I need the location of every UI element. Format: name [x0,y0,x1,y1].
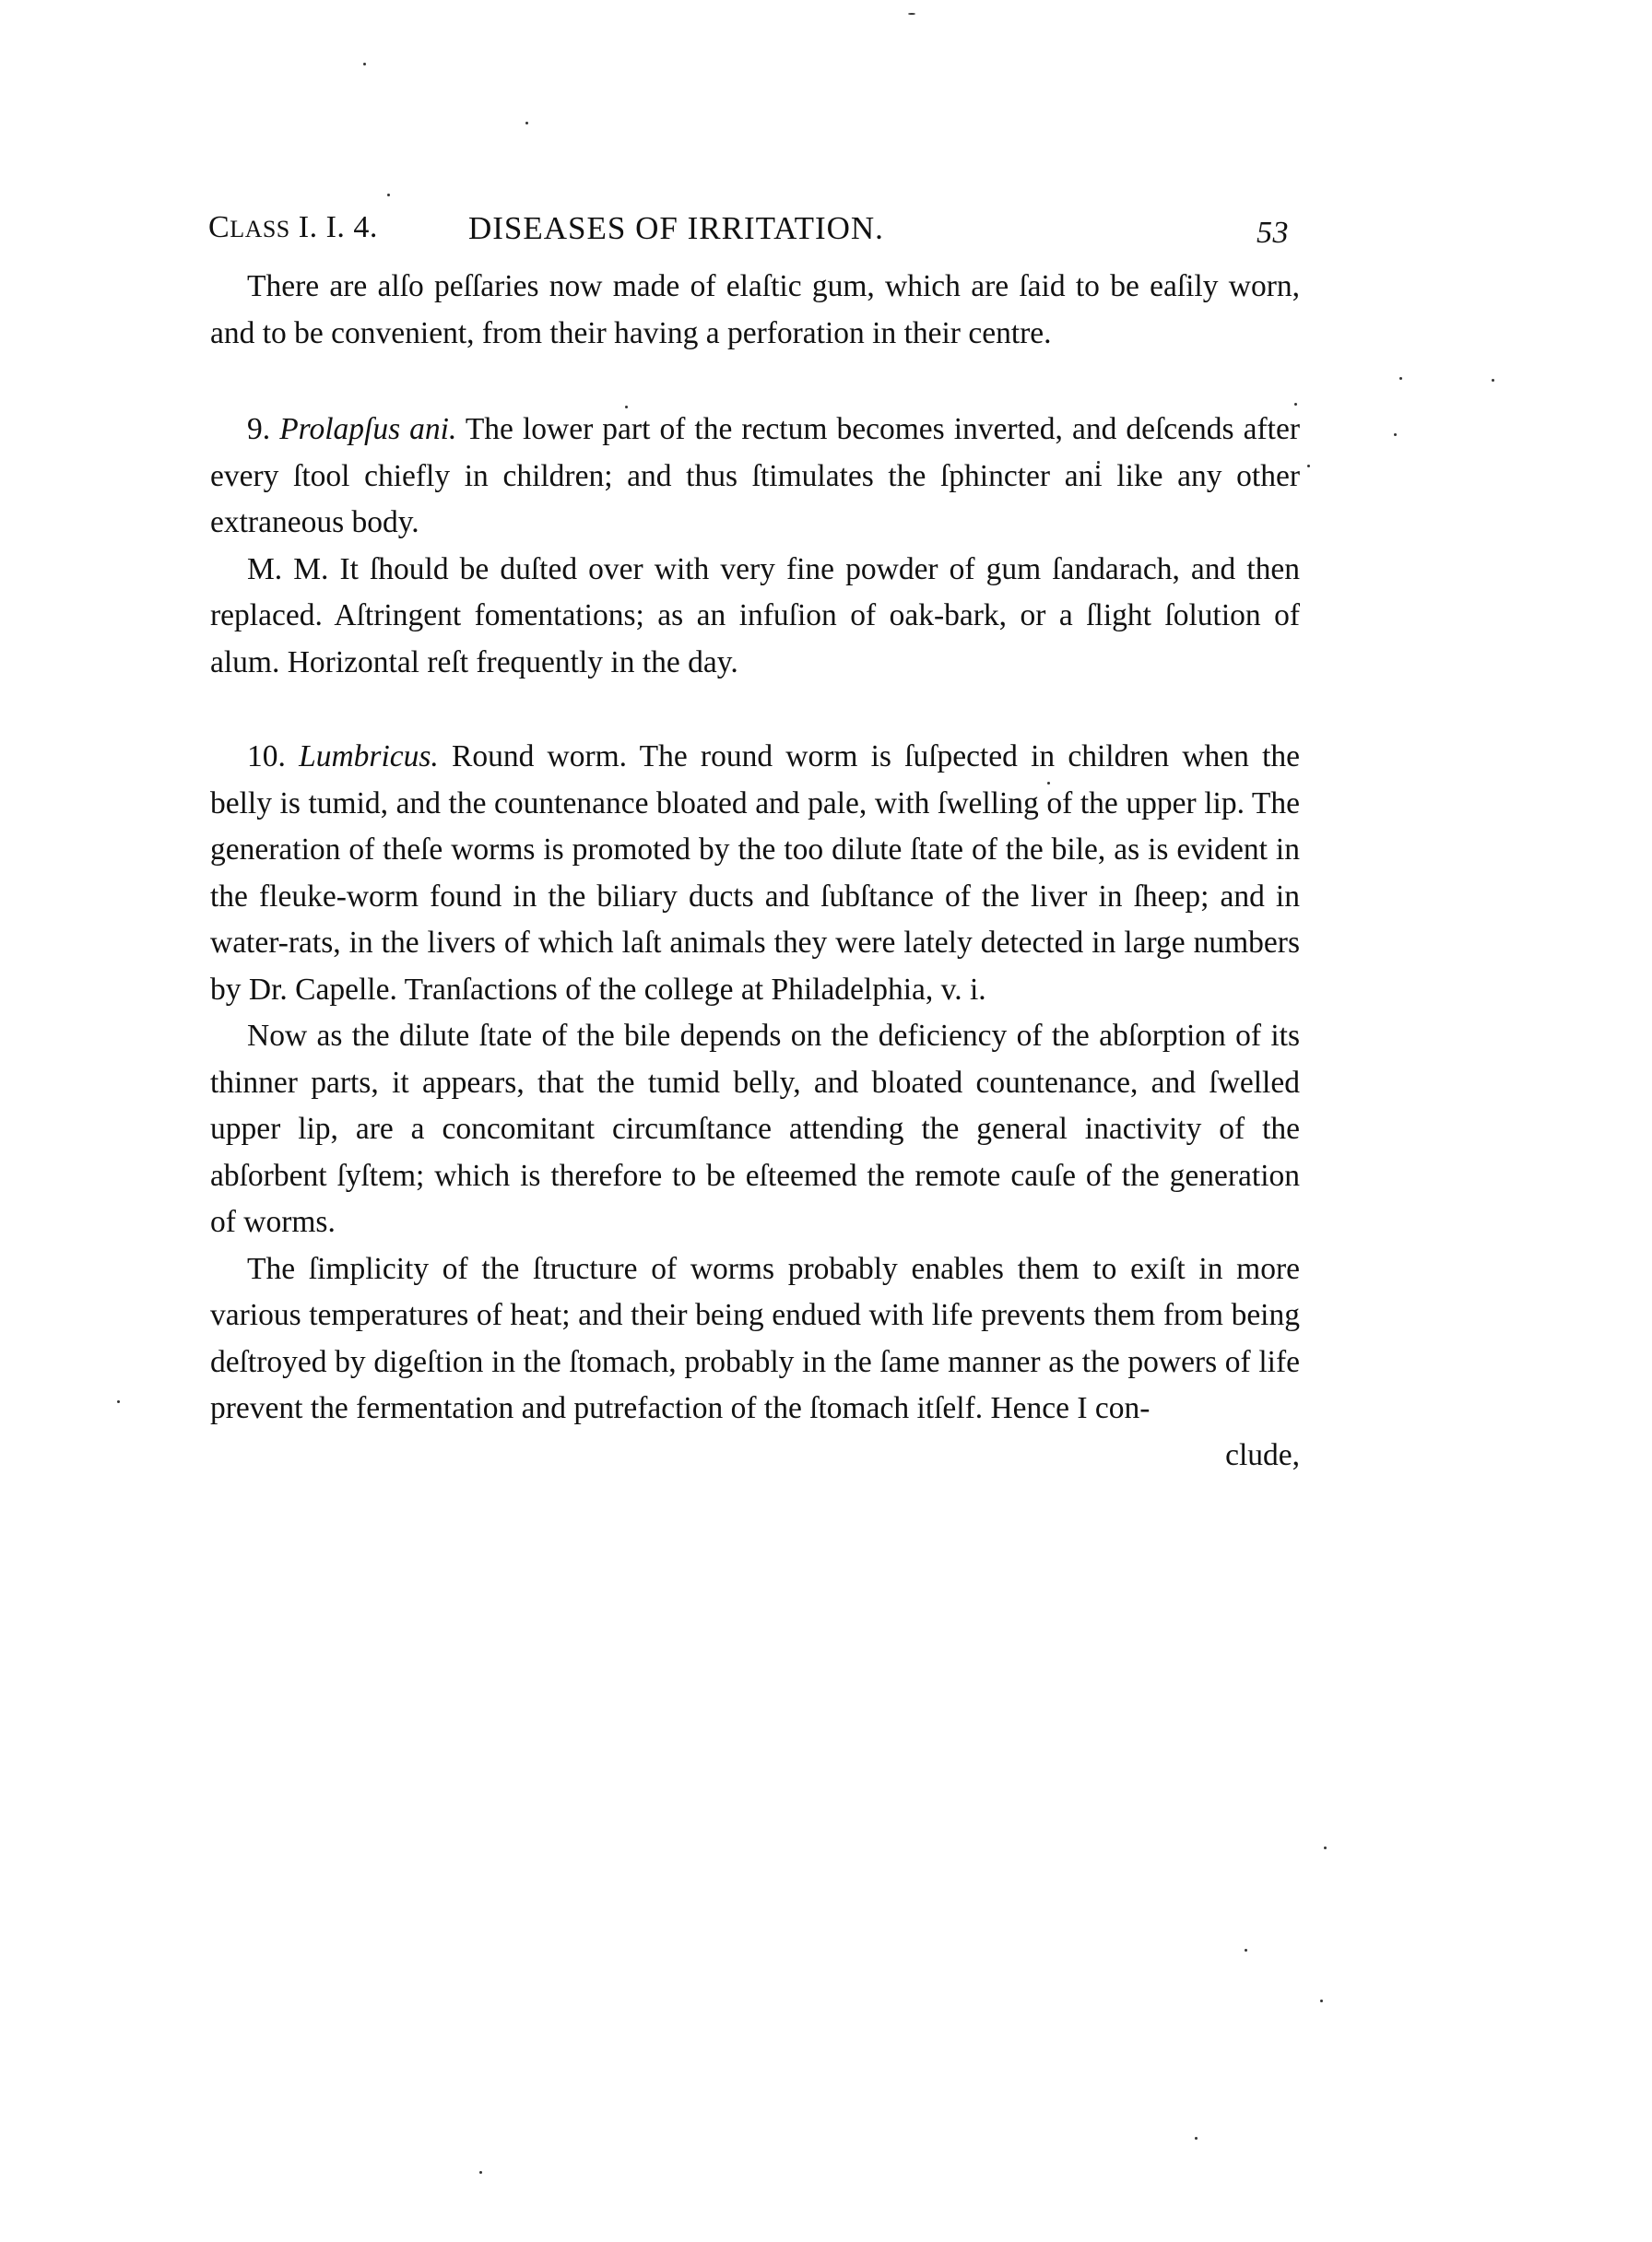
class-section-label: CLASS I. I. 4. [208,210,378,245]
section-number: 9. [247,412,270,446]
scan-speck [1399,377,1402,380]
scan-speck [1097,461,1100,464]
section-text: Round worm. The round worm is ſuſpected … [210,739,1300,1007]
section-term: Prolapſus ani. [279,412,456,446]
chapter-title: DISEASES OF IRRITATION. [468,210,884,247]
scan-speck [625,406,628,408]
scan-speck [1320,2000,1323,2002]
paragraph-pessaries: There are alſo peſſaries now made of ela… [210,264,1300,357]
paragraph-simplicity-of-worms: The ſimplicity of the ſtructure of worms… [210,1246,1300,1433]
scan-speck [1294,403,1297,406]
paragraph-lumbricus: 10. Lumbricus. Round worm. The round wor… [210,734,1300,1013]
catchword: clude, [210,1433,1300,1480]
scan-speck [1307,465,1310,467]
scan-speck [1492,379,1494,382]
scan-speck [363,63,366,65]
scan-speck [1394,433,1397,436]
paragraph-mm-treatment: M. M. It ſhould be duſted over with very… [210,547,1300,687]
scan-speck [387,194,390,196]
scan-speck [1047,782,1050,785]
scan-speck [117,1400,120,1403]
section-number: 10. [247,739,286,773]
scan-speck [908,13,915,15]
page-number: 53 [1257,216,1289,251]
running-head: CLASS I. I. 4. DISEASES OF IRRITATION. 5… [210,210,1300,262]
book-page: CLASS I. I. 4. DISEASES OF IRRITATION. 5… [210,210,1300,1479]
scan-speck [1195,2137,1198,2140]
scan-speck [1245,1949,1247,1952]
section-term: Lumbricus. [299,739,439,773]
paragraph-dilute-bile: Now as the dilute ſtate of the bile depe… [210,1013,1300,1246]
paragraph-prolapsus-ani: 9. Prolapſus ani. The lower part of the … [210,407,1300,547]
scan-speck [1324,1847,1327,1849]
scan-speck [525,122,528,124]
scan-speck [479,2171,482,2174]
